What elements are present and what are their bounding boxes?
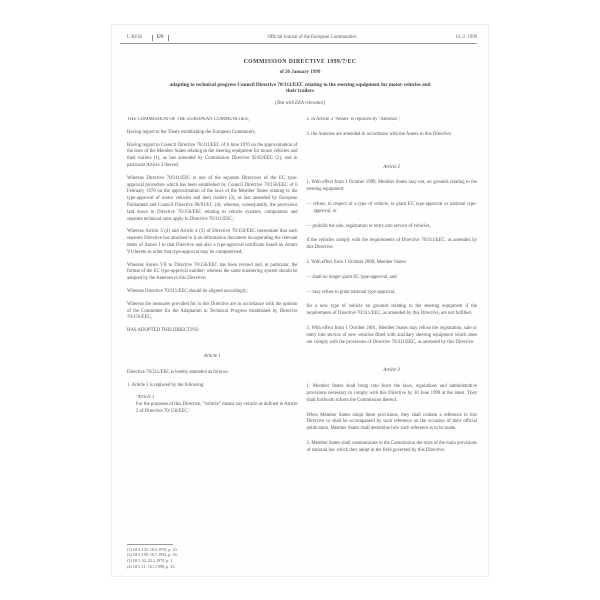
article-paragraph: 1. Member States shall bring into force … <box>307 384 478 404</box>
header-rule <box>120 43 477 44</box>
article-paragraph: When Member States adopt these provision… <box>307 413 478 433</box>
journal-title: Official Journal of the European Communi… <box>177 35 448 41</box>
article-1-heading: Article 1 <box>127 354 298 361</box>
citation-paragraph: Having regard to the Treaty establishing… <box>127 130 298 137</box>
article-paragraph: 2. With effect from 1 October 2000, Memb… <box>307 260 478 267</box>
dash-item: — shall no longer grant EC type-approval… <box>307 275 478 282</box>
amendment-item: 1. Article 1 is replaced by the followin… <box>127 383 298 390</box>
amendment-item: 2. in Article 3 ‘Annex’ is replaced by ‘… <box>307 117 478 124</box>
body-columns: THE COMMISSION OF THE EUROPEAN COMMUNITI… <box>127 117 477 569</box>
footnote: (4) OJ L 11, 16.1.1999, p. 25. <box>127 564 298 570</box>
article-paragraph: for a new type of vehicle on grounds rel… <box>307 304 478 318</box>
language-badge: EN <box>152 35 169 41</box>
recital-paragraph: Whereas Annex VII to Directive 70/156/EE… <box>127 263 298 283</box>
right-column: 2. in Article 3 ‘Annex’ is replaced by ‘… <box>307 117 478 569</box>
footnotes-block: (1) OJ L 133, 18.6.1970, p. 10. (2) OJ L… <box>127 544 298 569</box>
article-2-heading: Article 2 <box>307 165 478 172</box>
article-paragraph: 1. With effect from 1 October 1999, Memb… <box>307 180 478 194</box>
article-paragraph: 3. With effect from 1 October 2001, Memb… <box>307 326 478 346</box>
article-paragraph: 2. Member States shall communicate to th… <box>307 441 478 455</box>
dash-item: — prohibit the sale, registration or ent… <box>307 224 478 231</box>
recital-paragraph: Whereas Directive 70/311/EEC should be a… <box>127 289 298 296</box>
amendment-item: 3. the Annexes are amended in accordance… <box>307 132 478 139</box>
citation-paragraph: Having regard to Council Directive 70/31… <box>127 143 298 170</box>
dash-item: — refuse, in respect of a type of vehicl… <box>307 202 478 216</box>
dash-item: — may refuse to grant national type-appr… <box>307 290 478 297</box>
amendment-intro: Directive 70/311/EEC is hereby amended a… <box>127 370 298 377</box>
eea-relevance-note: (Text with EEA relevance) <box>112 101 488 106</box>
directive-date-line: of 26 January 1999 <box>112 70 488 75</box>
oj-page-reference: L 40/36 <box>127 35 142 41</box>
footnote-rule <box>127 544 173 545</box>
article-3-heading: Article 3 <box>307 368 478 375</box>
directive-title: COMMISSION DIRECTIVE 1999/7/EC <box>112 59 488 65</box>
left-column: THE COMMISSION OF THE EUROPEAN COMMUNITI… <box>127 117 298 569</box>
article-paragraph: if the vehicles comply with the requirem… <box>307 238 478 252</box>
directive-subject: adapting to technical progress Council D… <box>166 82 434 96</box>
recital-paragraph: Whereas Directive 70/311/EEC is one of t… <box>127 176 298 224</box>
issue-date: 13. 2. 1999 <box>455 35 477 41</box>
preamble-opening: THE COMMISSION OF THE EUROPEAN COMMUNITI… <box>127 117 298 124</box>
recital-paragraph: Whereas Article 3 (4) and Article 4 (3) … <box>127 229 298 256</box>
quoted-text: For the purposes of this Directive, “veh… <box>127 402 298 416</box>
enacting-formula: HAS ADOPTED THIS DIRECTIVE: <box>127 328 298 335</box>
running-header: L 40/36 EN Official Journal of the Europ… <box>127 35 477 41</box>
document-page: L 40/36 EN Official Journal of the Europ… <box>111 24 489 577</box>
recital-paragraph: Whereas the measures provided for in thi… <box>127 302 298 322</box>
